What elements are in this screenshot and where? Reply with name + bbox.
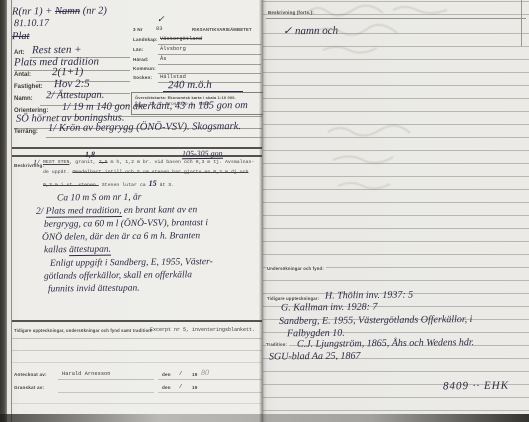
check-mark: ✓ bbox=[157, 14, 165, 25]
corner-note-date: 81.10.17 bbox=[14, 18, 49, 29]
scanned-register-card: R(nr 1) + Namn (nr 2) 81.10.17 Plat ✓ 3 … bbox=[0, 0, 529, 422]
typed-struck: 2,5 bbox=[99, 160, 108, 165]
typed-desc-line1: REST STEN, granit, 2,5 m h, 1,2 m br. vi… bbox=[43, 160, 254, 165]
typed-text: , granit, bbox=[69, 160, 98, 165]
right-page-edge bbox=[521, 0, 522, 46]
left-page: R(nr 1) + Namn (nr 2) 81.10.17 Plat ✓ 3 … bbox=[0, 0, 263, 422]
antal-label: Antal: bbox=[14, 72, 31, 78]
lan-value: Älvsborg bbox=[160, 46, 186, 52]
desc-hand-line3: bergrygg, ca 60 m l (ÖNÖ-VSV), brantast … bbox=[44, 218, 208, 230]
typed-struck: Omedelbart intill och S om stenen har gj… bbox=[72, 170, 248, 175]
desc-hand-line6: Enligt uppgift i Sandberg, E, 1955, Väst… bbox=[50, 257, 213, 269]
hand-underlined: Plats med tradition, bbox=[46, 206, 122, 218]
antal-value: 2(1+1) bbox=[52, 66, 83, 78]
right-page: Beskrivning (forts.): ✓ namn och Undersö… bbox=[263, 0, 529, 422]
degree-overwrite: 15 bbox=[149, 179, 157, 188]
typed-struck: 0,3 m i st. stenen. bbox=[43, 183, 99, 188]
terrang-value: 1/ Krön av bergrygg (ÖNÖ-VSV). Skogsmark… bbox=[48, 121, 241, 134]
tradition-ref-2: SGU-blad Aa 25, 1867 bbox=[269, 351, 361, 363]
reference-1: H. Thölin inv. 1937: 5 bbox=[325, 290, 413, 302]
harad-label: Härad: bbox=[133, 57, 149, 62]
typed-text: m h, 1,2 m br. vid basen och 0,3 m tj. A… bbox=[108, 160, 255, 165]
corner-note-line1: R(nr 1) + Namn (nr 2) bbox=[12, 6, 107, 18]
slash-1: / bbox=[179, 371, 182, 377]
note-text: (nr 2) bbox=[80, 6, 107, 17]
year-prefix-2: 19 bbox=[192, 385, 198, 390]
tidigare-label: Tidigare uppteckningar, undersökningar o… bbox=[14, 328, 153, 333]
namn-value: 2/ Ättestupan. bbox=[46, 90, 104, 102]
hand-text: kallas bbox=[44, 245, 69, 255]
hand-text: 2/ bbox=[36, 207, 46, 217]
tradition-ref-1: C.J. Ljungström, 1865, Åhs och Wedens hd… bbox=[297, 337, 474, 350]
bleed-through-marks bbox=[323, 120, 503, 200]
desc-hand-line7: götlands offerkällor, skall en offerkäll… bbox=[44, 270, 192, 282]
bleed-through-marks bbox=[303, 2, 513, 62]
den-label-2: den bbox=[162, 385, 171, 390]
scan-bottom-edge bbox=[0, 414, 529, 422]
namn-label: Namn: bbox=[14, 96, 33, 102]
tidigare-value: Excerpt nr 5, inventeringsblankett. bbox=[150, 327, 255, 333]
kommun-label: Kommun: bbox=[133, 66, 156, 71]
nr-label: 3 Nr bbox=[133, 27, 143, 32]
typed-text: Stenen lutar ca bbox=[99, 183, 149, 188]
fastighet-label: Fastighet: bbox=[14, 84, 43, 90]
reference-2: G. Kallman inv. 1928: 7 bbox=[281, 301, 378, 313]
tradition-label: Tradition: bbox=[266, 342, 289, 348]
desc-hand-line1: Ca 10 m S om nr 1, är bbox=[57, 193, 142, 204]
tidigare-uppteckningar-label: Tidigare uppteckningar: bbox=[267, 296, 321, 302]
register-stamp: 8409 ·· EHK bbox=[443, 380, 509, 393]
typed-text: de uppåt. bbox=[43, 170, 72, 175]
year-handwritten: 80 bbox=[201, 368, 209, 377]
corner-note-struck: Plat bbox=[12, 31, 30, 42]
socken-label: Socken: bbox=[133, 75, 152, 80]
landskap-value: Västergötland bbox=[160, 36, 202, 42]
typed-underlined: REST STEN bbox=[43, 160, 69, 165]
desc-hand-line5: kallas ättestupan. bbox=[44, 245, 111, 256]
typed-desc-line3: 0,3 m i st. stenen. Stenen lutar ca 15 å… bbox=[43, 179, 174, 188]
desc-hand-line8: funnits invid ättestupan. bbox=[48, 284, 140, 295]
nr-value: 83 bbox=[156, 26, 162, 32]
terrang-label: Terräng: bbox=[14, 129, 38, 135]
lan-label: Län: bbox=[133, 47, 144, 52]
agency-name: RIKSANTIKVARIEÄMBETET bbox=[192, 27, 252, 32]
beskrivning-item-no: 1/ bbox=[33, 158, 39, 167]
antecknat-label: Antecknat av: bbox=[14, 372, 47, 377]
orientering-value-1: 1/ 19 m 140 gon åkerkant, 43 m 185 gon o… bbox=[62, 100, 248, 113]
desc-hand-line4: ÖNÖ delen, där den är ca 6 m h. Branten bbox=[42, 231, 200, 243]
typed-text: åt S. bbox=[157, 183, 175, 188]
antecknat-name: Harald Arnesson bbox=[62, 371, 111, 377]
typed-desc-line2: de uppåt. Omedelbart intill och S om ste… bbox=[43, 170, 248, 175]
height-correction: 1,8 bbox=[85, 150, 95, 159]
page-edge-line bbox=[11, 0, 12, 422]
hand-underlined: ättestupan. bbox=[69, 245, 111, 256]
note-struck-word: Namn bbox=[55, 6, 80, 17]
den-label-1: den bbox=[162, 372, 171, 377]
beskrivning-label: Beskrivning: bbox=[14, 163, 44, 168]
reference-3: Sandberg, E. 1955, Västergötlands Offerk… bbox=[279, 314, 473, 327]
hand-text: en brant kant av en bbox=[121, 205, 197, 216]
fastighet-value: Hov 2:5 bbox=[54, 78, 90, 90]
granskat-label: Granskat av: bbox=[14, 385, 44, 390]
slash-2: / bbox=[179, 384, 182, 390]
gon-correction: 105-305 gon bbox=[182, 149, 223, 159]
note-text: R(nr 1) + bbox=[12, 6, 55, 17]
year-prefix-1: 19 bbox=[192, 372, 198, 377]
map-box-title: Översiktskarta: Ekonomisk karta i skala … bbox=[135, 95, 236, 100]
desc-hand-line2: 2/ Plats med tradition, en brant kant av… bbox=[36, 205, 197, 217]
elevation-note: 240 m.ö.h bbox=[168, 79, 212, 91]
art-value-1: Rest sten + bbox=[32, 44, 82, 57]
book-spine-edge bbox=[0, 0, 7, 422]
landskap-label: Landskap: bbox=[133, 37, 158, 42]
undersokningar-label: Undersökningar och fynd: bbox=[267, 266, 326, 272]
art-label: Art: bbox=[14, 50, 25, 56]
harad-value: Ås bbox=[160, 56, 166, 62]
center-fold-shadow bbox=[259, 0, 267, 422]
